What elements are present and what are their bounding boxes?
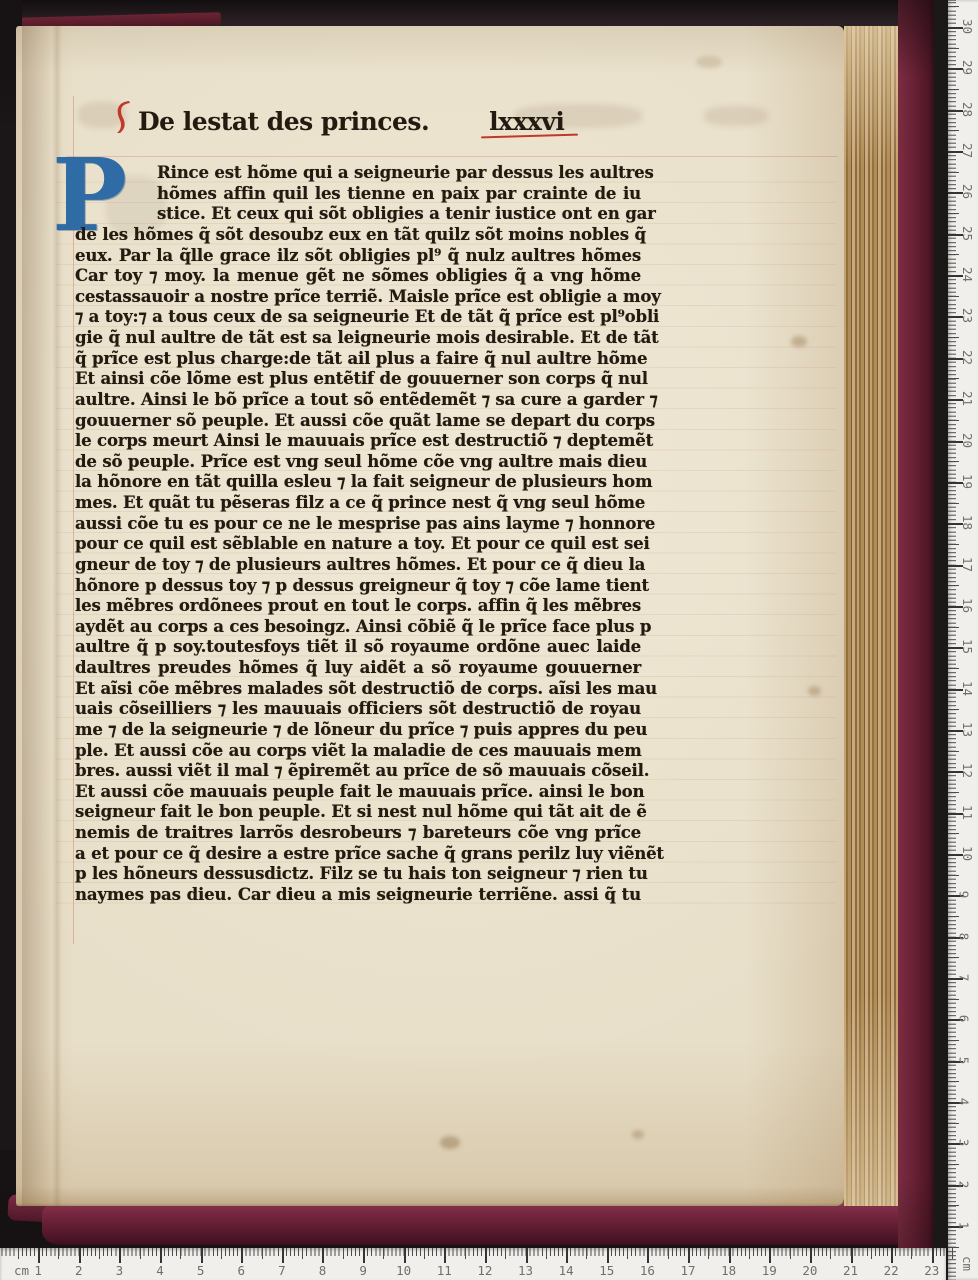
ruler-number: 13: [960, 722, 975, 737]
ruler-cm-tick: [282, 1248, 284, 1263]
ruler-number: 28: [960, 102, 975, 117]
stain: [696, 56, 722, 68]
body-line: ⁊ a toy:⁊ a tous ceux de sa seigneurie E…: [75, 306, 641, 327]
ruler-number: 3: [956, 1139, 971, 1147]
body-line: mes. Et quãt tu pẽseras filz a ce q̃ pri…: [75, 492, 641, 513]
ruler-half-tick: [627, 1248, 628, 1259]
ruler-half-tick: [58, 1248, 59, 1259]
ruler-cm-tick: [485, 1248, 487, 1263]
ruler-cm-tick: [810, 1248, 812, 1263]
ruler-cm-tick: [607, 1248, 609, 1263]
gutter-shade: [22, 26, 52, 1206]
stain: [791, 336, 807, 347]
ruler-number: 8: [956, 932, 971, 940]
ruler-number: 20: [802, 1263, 817, 1278]
ruler-number: 19: [762, 1263, 777, 1278]
ruler-number: 8: [319, 1263, 327, 1278]
ruler-cm-tick: [160, 1248, 162, 1263]
ruler-half-tick: [668, 1248, 669, 1259]
ruler-half-tick: [749, 1248, 750, 1259]
ruler-number: 5: [956, 1056, 971, 1064]
body-line: aydẽt au corps a ces besoingz. Ainsi cõb…: [75, 616, 641, 637]
bleedthrough-smudge: [704, 106, 768, 126]
binding-bottom-edge: [42, 1201, 940, 1245]
page-bottom-edge: [16, 1186, 844, 1206]
ruler-half-tick: [952, 1248, 953, 1259]
ruler-half-tick: [546, 1248, 547, 1259]
ruler-cm-tick: [932, 1248, 934, 1263]
ruler-number: 15: [599, 1263, 614, 1278]
ruler-half-tick: [383, 1248, 384, 1259]
ruler-number: 27: [960, 143, 975, 158]
ruler-half-tick: [790, 1248, 791, 1259]
ruler-half-tick: [948, 6, 959, 7]
ruler-half-tick: [948, 792, 959, 793]
ruler-half-tick: [948, 420, 959, 421]
ruler-number: 24: [960, 267, 975, 282]
ruler-half-tick: [505, 1248, 506, 1259]
ruler-cm-tick: [769, 1248, 771, 1263]
folio-number: lxxxvi: [489, 109, 564, 134]
ruler-half-tick: [948, 130, 959, 131]
ruler-half-tick: [948, 916, 959, 917]
chapter-title: De lestat des princes.: [138, 109, 429, 134]
ruler-cm-tick: [201, 1248, 203, 1263]
ruler-number: 23: [924, 1263, 939, 1278]
body-line: aussi cõe tu es pour ce ne le mesprise p…: [75, 513, 641, 534]
rubric-paragraph-mark-icon: [112, 98, 132, 134]
body-line: gouuerner sõ peuple. Et aussi cõe quãt l…: [75, 410, 641, 431]
header-ruling-line: [66, 156, 838, 157]
ruler-number: 11: [960, 805, 975, 820]
ruler-half-tick: [948, 503, 959, 504]
ruler-number: 6: [956, 1015, 971, 1023]
ruler-number: 10: [396, 1263, 411, 1278]
ruler-half-tick: [708, 1248, 709, 1259]
body-line: aultre q̃ p soy.toutesfoys tiẽt il sõ ro…: [75, 636, 641, 657]
ruler-number: 14: [960, 681, 975, 696]
ruler-half-tick: [948, 378, 959, 379]
ruler-half-tick: [911, 1248, 912, 1259]
ruler-half-tick: [948, 1164, 959, 1165]
ruler-half-tick: [948, 627, 959, 628]
body-line: nemis de traitres larrõs desrobeurs ⁊ ba…: [75, 822, 641, 843]
body-line: la hõnore en tãt quilla esleu ⁊ la fait …: [75, 471, 641, 492]
ruler-half-tick: [948, 172, 959, 173]
ruler-number: 13: [518, 1263, 533, 1278]
body-line: bres. aussi viẽt il mal ⁊ ẽpiremẽt au pr…: [75, 760, 641, 781]
ruler-half-tick: [948, 668, 959, 669]
ruler-half-tick: [948, 213, 959, 214]
ruler-number: 20: [960, 432, 975, 447]
stain: [632, 1130, 644, 1139]
body-line: Et aussi cõe mauuais peuple fait le mauu…: [75, 781, 641, 802]
ruler-half-tick: [424, 1248, 425, 1259]
ruler-number: 10: [960, 846, 975, 861]
ruler-half-tick: [948, 585, 959, 586]
ruler-number: 25: [960, 226, 975, 241]
ruler-half-tick: [948, 1247, 959, 1248]
body-line: Car toy ⁊ moy. la menue gẽt ne sõmes obl…: [75, 265, 641, 286]
ruler-cm-tick: [444, 1248, 446, 1263]
body-line: Et ainsi cõe lõme est plus entẽtif de go…: [75, 368, 641, 389]
body-line: Rince est hõme qui a seigneurie par dess…: [157, 162, 641, 183]
ruler-half-tick: [948, 254, 959, 255]
ruler-number: 6: [237, 1263, 245, 1278]
ruler-cm-tick: [688, 1248, 690, 1263]
ruler-cm-tick: [891, 1248, 893, 1263]
ruler-cm-tick: [404, 1248, 406, 1263]
ruler-number: 19: [960, 474, 975, 489]
ruler-half-tick: [18, 1248, 19, 1259]
ruler-cm-tick: [241, 1248, 243, 1263]
ruler-cm-tick: [526, 1248, 528, 1263]
ruler-cm-tick: [851, 1248, 853, 1263]
ruler-number: 11: [437, 1263, 452, 1278]
body-line: les mẽbres ordõnees prout en tout le cor…: [75, 595, 641, 616]
ruler-half-tick: [586, 1248, 587, 1259]
ruler-number: 7: [956, 974, 971, 982]
ruler-number: 21: [843, 1263, 858, 1278]
ruler-number: 30: [960, 19, 975, 34]
ruler-number: 16: [960, 598, 975, 613]
ruler-cm-tick: [647, 1248, 649, 1263]
ruler-number: 4: [156, 1263, 164, 1278]
body-line: aultre. Ainsi le bõ prĩce a tout sõ entẽ…: [75, 389, 641, 410]
ruler-cm-tick: [79, 1248, 81, 1263]
ruler-half-tick: [465, 1248, 466, 1259]
ruler-half-tick: [180, 1248, 181, 1259]
ruler-half-tick: [948, 544, 959, 545]
body-line: hõnore p dessus toy ⁊ p dessus greigneur…: [75, 575, 641, 596]
body-line: ple. Et aussi cõe au corps viẽt la malad…: [75, 740, 641, 761]
ruler-half-tick: [221, 1248, 222, 1259]
ruler-half-tick: [99, 1248, 100, 1259]
ruler-unit-label: cm: [960, 1256, 975, 1271]
body-line: p les hõneurs dessusdictz. Filz se tu ha…: [75, 863, 641, 884]
body-line: cestassauoir a nostre prĩce terriẽ. Mais…: [75, 286, 641, 307]
ruler-number: 16: [640, 1263, 655, 1278]
ruler-number: 21: [960, 391, 975, 406]
ruler-half-tick: [948, 461, 959, 462]
stain: [808, 686, 821, 696]
ruler-half-tick: [948, 875, 959, 876]
ruler-half-tick: [948, 957, 959, 958]
ruler-half-tick: [871, 1248, 872, 1259]
ruler-number: 23: [960, 308, 975, 323]
body-line: le corps meurt Ainsi le mauuais prĩce es…: [75, 430, 641, 451]
ruler-half-tick: [140, 1248, 141, 1259]
ruler-number: 5: [197, 1263, 205, 1278]
ruler-number: 3: [116, 1263, 124, 1278]
body-line: de les hõmes q̃ sõt desoubz eux en tãt q…: [75, 224, 641, 245]
body-line: uais cõseilliers ⁊ les mauuais officiers…: [75, 698, 641, 719]
ruler-cm-tick: [566, 1248, 568, 1263]
binding-right-cover: [898, 0, 934, 1280]
running-header: De lestat des princes. lxxxvi: [112, 98, 564, 134]
ruler-number: 2: [75, 1263, 83, 1278]
ruler-number: 1: [956, 1222, 971, 1230]
body-line: a et pour ce q̃ desire a estre prĩce sac…: [75, 843, 641, 864]
ruler-half-tick: [948, 1081, 959, 1082]
body-line: de sõ peuple. Prĩce est vng seul hõme cõ…: [75, 451, 641, 472]
ruler-number: 9: [359, 1263, 367, 1278]
body-line: gneur de toy ⁊ de plusieurs aultres hõme…: [75, 554, 641, 575]
scan-background-gap: [934, 0, 948, 1280]
body-line: seigneur fait le bon peuple. Et si nest …: [75, 801, 641, 822]
ruler-half-tick: [948, 833, 959, 834]
ruler-number: 18: [721, 1263, 736, 1278]
ruler-number: 9: [956, 891, 971, 899]
body-line: daultres preudes hõmes q̃ luy aidẽt a sõ…: [75, 657, 641, 678]
ruler-number: 2: [956, 1181, 971, 1189]
horizontal-ruler: cm 1234567891011121314151617181920212223: [0, 1248, 946, 1280]
ruler-half-tick: [302, 1248, 303, 1259]
ruler-half-tick: [948, 296, 959, 297]
ruler-half-tick: [948, 89, 959, 90]
body-line: naymes pas dieu. Car dieu a mis seigneur…: [75, 884, 641, 905]
text-block: Rince est hõme qui a seigneurie par dess…: [75, 162, 641, 905]
ruler-number: 22: [884, 1263, 899, 1278]
body-line: hõmes affin quil les tienne en paix par …: [157, 183, 641, 204]
ruler-cm-tick: [322, 1248, 324, 1263]
body-line: q̃ prĩce est plus charge:de tãt ail plus…: [75, 348, 641, 369]
stain: [440, 1136, 460, 1149]
ruler-half-tick: [948, 1040, 959, 1041]
ruler-number: 1: [34, 1263, 42, 1278]
ruler-number: 17: [681, 1263, 696, 1278]
ruler-number: 14: [559, 1263, 574, 1278]
ruler-half-tick: [948, 999, 959, 1000]
ruler-cm-tick: [363, 1248, 365, 1263]
manuscript-page: De lestat des princes. lxxxvi P Rince es…: [16, 26, 844, 1206]
ruler-number: 17: [960, 557, 975, 572]
ruler-cm-tick: [119, 1248, 121, 1263]
ruler-half-tick: [948, 337, 959, 338]
body-line: me ⁊ de la seigneurie ⁊ de lõneur du prĩ…: [75, 719, 641, 740]
ruler-number: 29: [960, 60, 975, 75]
ruler-number: 7: [278, 1263, 286, 1278]
ruler-number: 26: [960, 184, 975, 199]
ruler-number: 4: [956, 1098, 971, 1106]
ruler-number: 12: [960, 763, 975, 778]
body-line: stice. Et ceux qui sõt obligies a tenir …: [157, 203, 641, 224]
ruler-half-tick: [343, 1248, 344, 1259]
ruler-half-tick: [948, 1205, 959, 1206]
ruler-half-tick: [948, 1123, 959, 1124]
ruler-number: 15: [960, 639, 975, 654]
ruler-number: 12: [477, 1263, 492, 1278]
ruler-half-tick: [948, 48, 959, 49]
ruler-half-tick: [262, 1248, 263, 1259]
vertical-ruler: cm 3029282726252423222120191817161514131…: [948, 0, 978, 1280]
ruler-number: 22: [960, 350, 975, 365]
ruler-unit-label: cm: [14, 1263, 29, 1278]
body-line: eux. Par la q̃lle grace ilz sõt obligies…: [75, 245, 641, 266]
ruler-number: 18: [960, 515, 975, 530]
ruler-cm-tick: [729, 1248, 731, 1263]
ruler-half-tick: [948, 709, 959, 710]
body-line: pour ce quil est sẽblable en nature a to…: [75, 533, 641, 554]
book-scan-photo: De lestat des princes. lxxxvi P Rince es…: [0, 0, 978, 1280]
ruler-half-tick: [948, 751, 959, 752]
page-fore-edge-stack: [844, 26, 898, 1206]
ruler-cm-tick: [38, 1248, 40, 1263]
body-line: Et aĩsi cõe mẽbres malades sõt destructi…: [75, 678, 641, 699]
body-line: gie q̃ nul aultre de tãt est sa leigneur…: [75, 327, 641, 348]
ruler-half-tick: [830, 1248, 831, 1259]
ruler-mm-ticks: [0, 1248, 946, 1256]
